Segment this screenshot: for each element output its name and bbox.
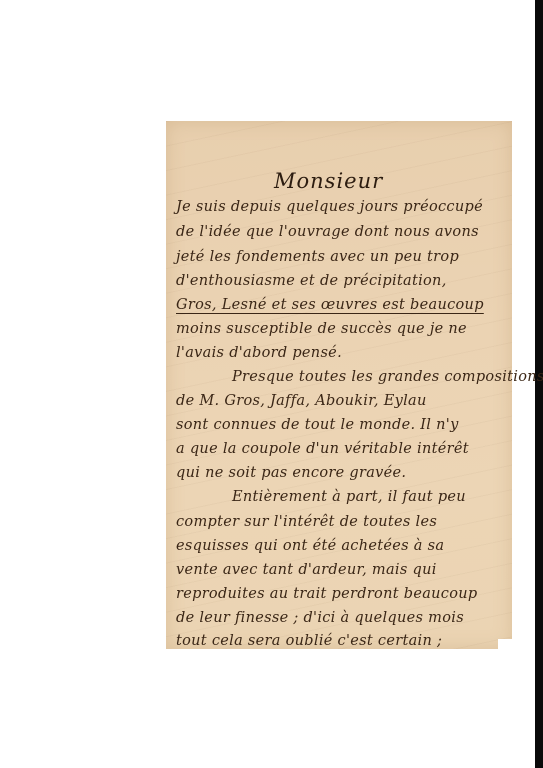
letter-line: Entièrement à part, il faut peu	[232, 489, 507, 505]
letter-line: de M. Gros, Jaffa, Aboukir, Eylau	[176, 393, 506, 409]
letter-line: de leur finesse ; d'ici à quelques mois	[176, 610, 506, 626]
letter-line: vente avec tant d'ardeur, mais qui	[176, 562, 506, 578]
letter-line: esquisses qui ont été achetées à sa	[176, 538, 506, 554]
salutation: Monsieur	[274, 169, 383, 193]
letter-line: moins susceptible de succès que je ne	[176, 321, 506, 337]
letter-line: a que la coupole d'un véritable intérêt	[176, 441, 506, 457]
letter-line: sont connues de tout le monde. Il n'y	[176, 417, 506, 433]
letter-line: d'enthousiasme et de précipitation,	[176, 273, 506, 289]
letter-line: qui ne soit pas encore gravée.	[176, 465, 506, 481]
letter-line: Je suis depuis quelques jours préoccupé	[176, 199, 506, 215]
letter-page: Monsieur Je suis depuis quelques jours p…	[166, 121, 512, 649]
letter-line: Presque toutes les grandes compositions	[232, 369, 507, 385]
letter-line: de l'idée que l'ouvrage dont nous avons	[176, 224, 506, 240]
letter-line: l'avais d'abord pensé.	[176, 345, 506, 361]
letter-line: tout cela sera oublié c'est certain ;	[176, 633, 506, 649]
letter-line: jeté les fondements avec un peu trop	[176, 249, 506, 265]
letter-line: compter sur l'intérêt de toutes les	[176, 514, 506, 530]
letter-line: reproduites au trait perdront beaucoup	[176, 586, 506, 602]
letter-line-underlined: Gros, Lesné et ses œuvres est beaucoup	[176, 297, 506, 313]
